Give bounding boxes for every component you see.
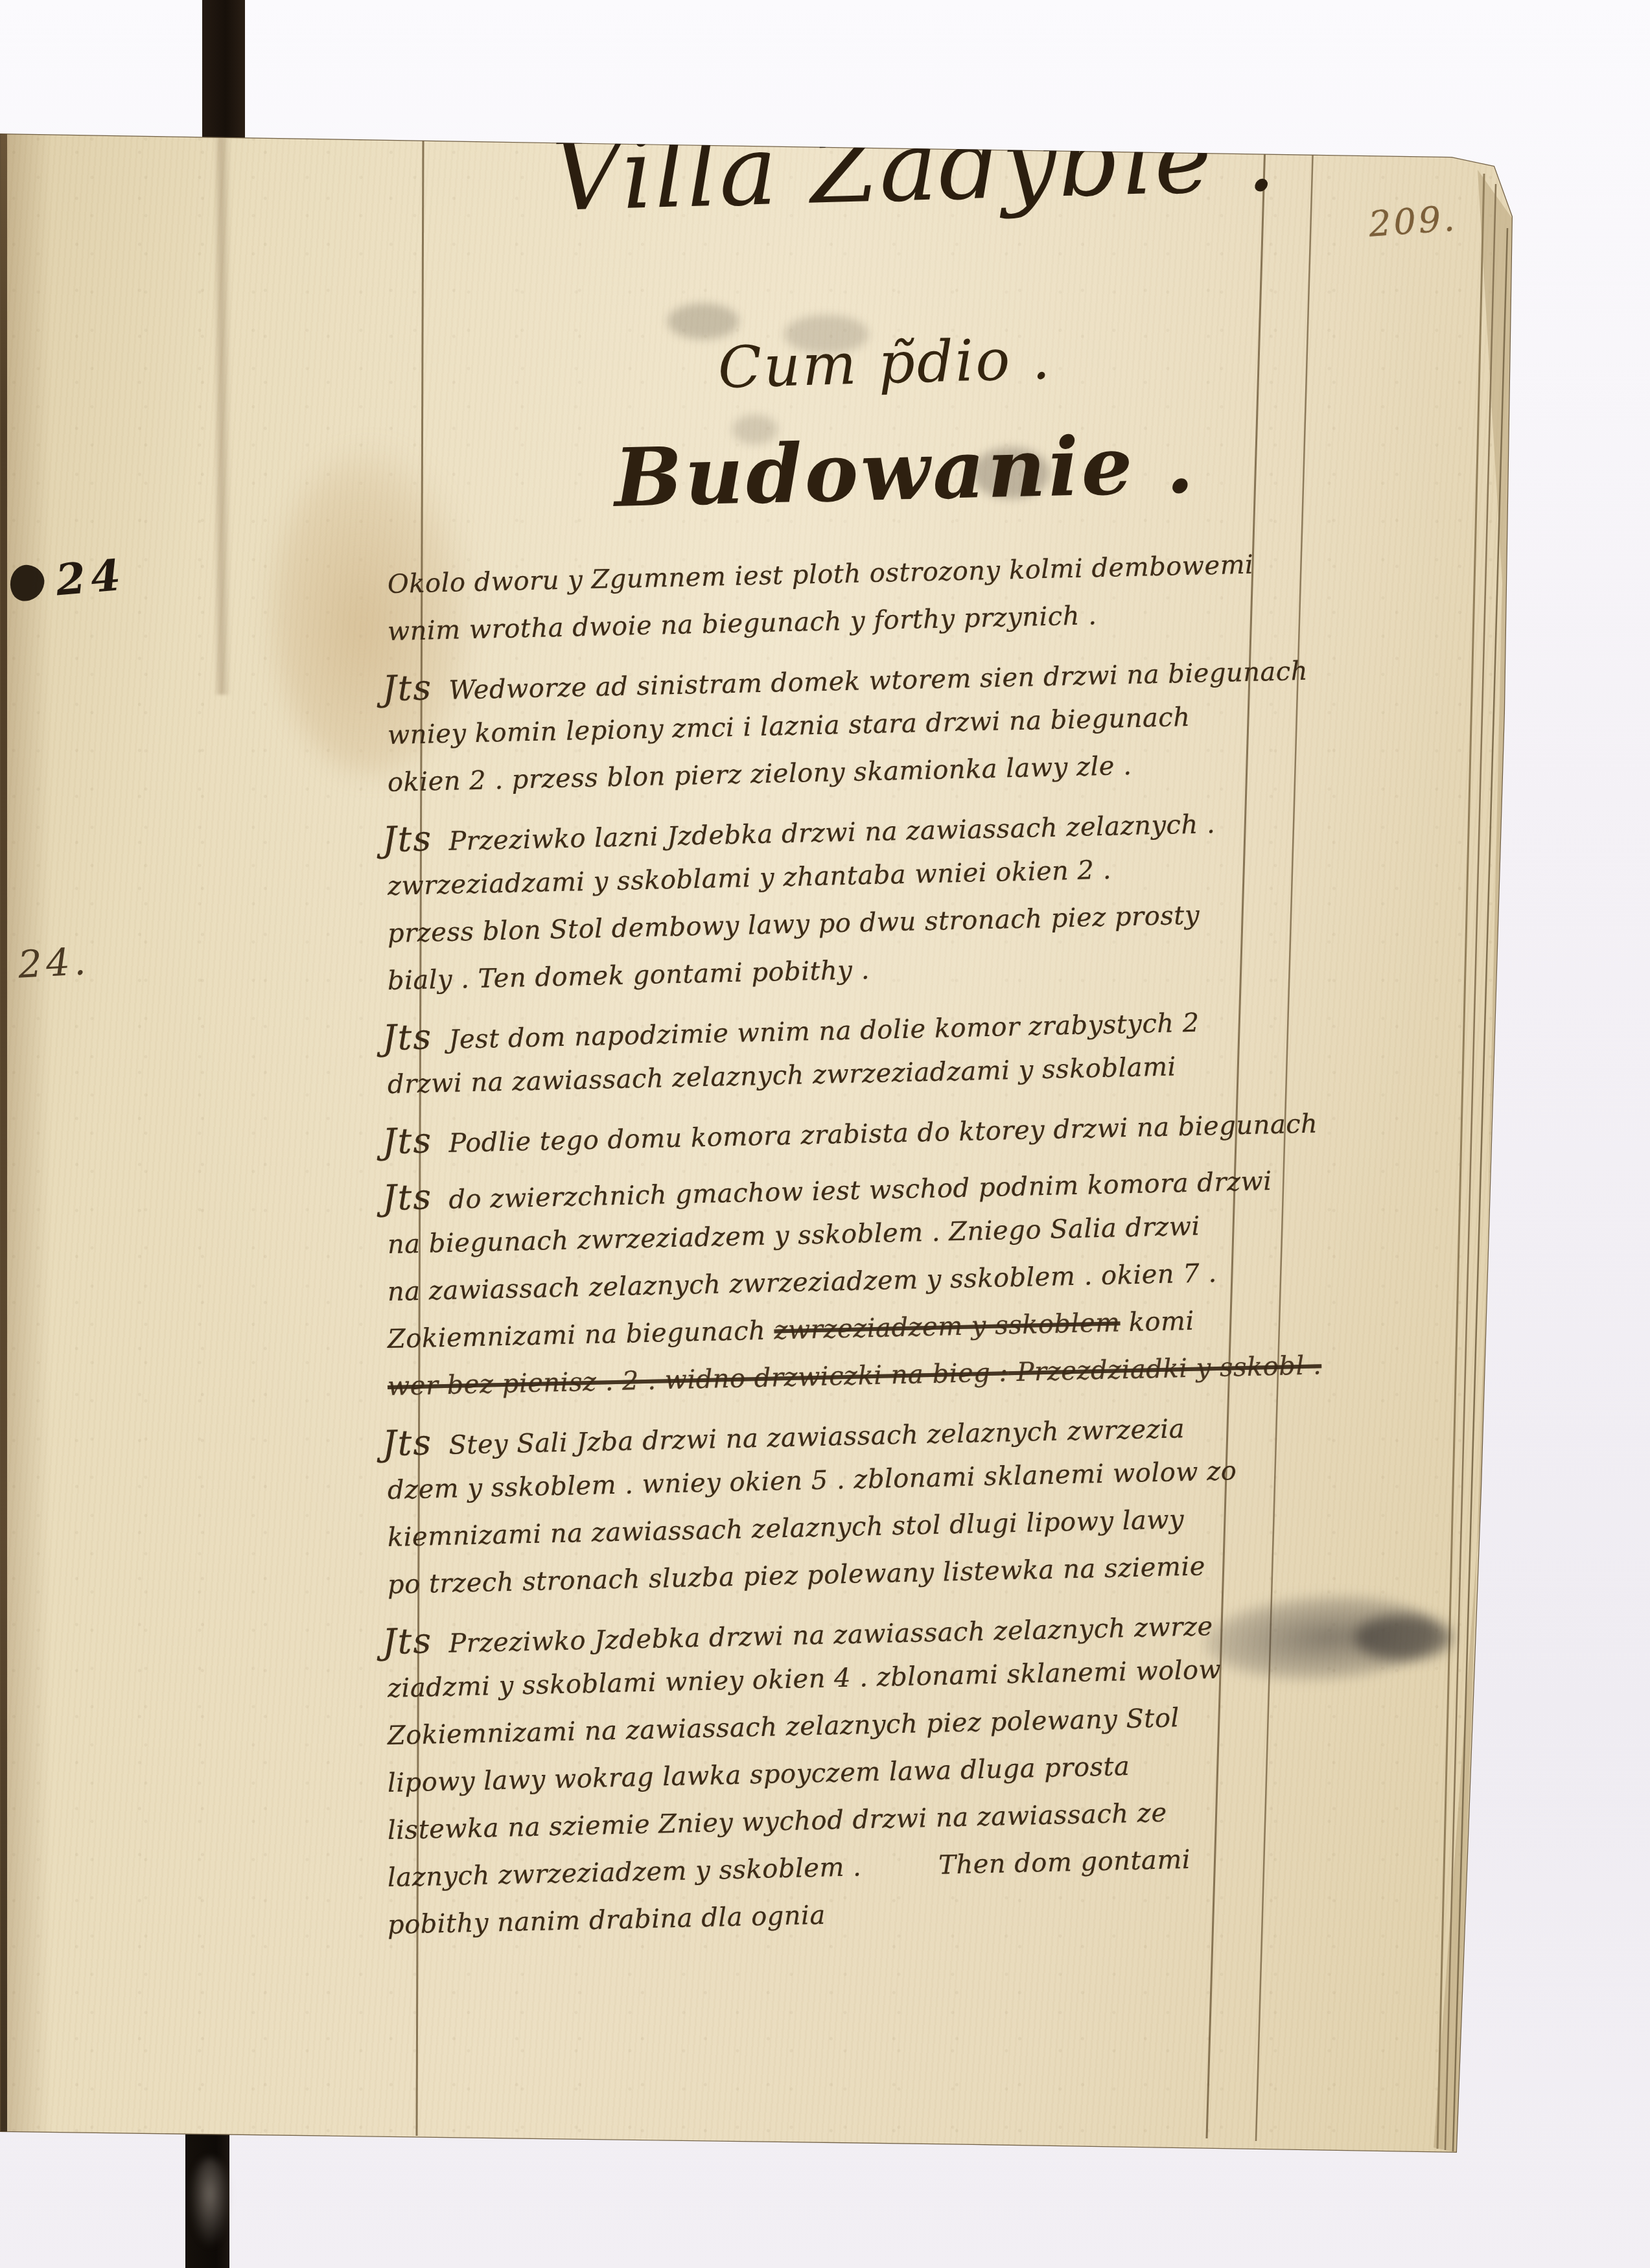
folio-number: 209. [1367,198,1458,244]
text-segment: drzwi na zawiassach zelaznych zwrzeziadz… [387,1052,1176,1100]
paragraph: Jts Jest dom napodzimie wnim na dolie ko… [388,1014,1269,1109]
text-segment: lipowy lawy wokrag lawka spoyczem lawa d… [387,1752,1130,1798]
gutter-shading [5,133,52,2135]
page-title: Villa Zadybie . [551,100,1279,233]
text-segment: laznych zwrzeziadzem y sskoblem . Then d… [387,1845,1191,1893]
text-segment: okien 2 . przess blon pierz zielony skam… [387,751,1132,798]
bookmark-ribbon-top [202,0,245,145]
body-text: Okolo dworu y Zgumnem iest ploth ostrozo… [388,561,1269,1958]
text-segment: kiemnizami na zawiassach zelaznych stol … [387,1505,1184,1553]
paragraph: Jts Stey Sali Jzba drzwi na zawiassach z… [388,1420,1269,1609]
paragraph: Jts Przeziwko lazni Jzdebka drzwi na zaw… [388,816,1269,1005]
item-mark: Jts [382,1120,440,1162]
text-segment: Podlie tego domu komora zrabista do ktor… [440,1109,1318,1159]
text-segment: pobithy nanim drabina dla ognia [387,1901,826,1940]
text-segment: listewka na sziemie Zniey wychod drzwi n… [387,1798,1167,1846]
graphite-smudge-core [1354,1615,1452,1660]
page-crease [214,137,231,695]
text-segment: zwrzeziadzami y sskoblami y zhantaba wni… [387,855,1111,901]
item-mark: Jts [382,1620,440,1662]
page-subtitle: Cum p̃dio . [717,325,1053,401]
text-segment: bialy . Ten domek gontami pobithy . [387,955,870,996]
paragraph: Jts Przeziwko Jzdebka drzwi na zawiassac… [388,1618,1269,1949]
text-segment: po trzech stronach sluzba piez polewany … [387,1551,1205,1600]
item-mark: Jts [382,1422,440,1464]
item-mark: Jts [382,1176,440,1218]
section-heading: Budowanie . [613,417,1197,526]
text-segment: Zokiemnizami na biegunach [387,1315,774,1354]
sheet-edge-stack [1434,170,1513,2153]
item-mark: Jts [382,667,440,709]
ribbon-smudge [189,2158,231,2249]
text-segment: komi [1120,1306,1194,1338]
text-segment: wniey komin lepiony zmci i laznia stara … [387,702,1191,750]
text-segment: zwrzeziadzem y sskoblem [774,1308,1121,1345]
text-segment: wer bez pienisz . 2 . widno drzwiczki na… [387,1358,1008,1402]
gutter-edge [0,133,7,2135]
item-mark: Jts [382,1016,440,1058]
manuscript-scan: { "colors": { "parchment": "#e9dcbd", "i… [0,0,1650,2268]
item-mark: Jts [382,818,440,860]
margin-number-2: 24. [17,939,91,987]
text-segment: Przezdziadki y sskobl . [1008,1350,1322,1387]
text-segment: Zokiemnizami na zawiassach zelaznych pie… [387,1703,1179,1751]
paragraph: Okolo dworu y Zgumnem iest ploth ostrozo… [388,561,1269,656]
text-segment: wnim wrotha dwoie na biegunach y forthy … [387,601,1097,647]
paragraph: Jts Wedworze ad sinistram domek wtorem s… [388,665,1269,807]
manuscript-page: 209. Villa Zadybie . Cum p̃dio . Budowan… [0,0,1650,2268]
paragraph: Jts do zwierzchnich gmachow iest wschod … [388,1174,1269,1411]
margin-number-1: 24 [54,549,128,605]
